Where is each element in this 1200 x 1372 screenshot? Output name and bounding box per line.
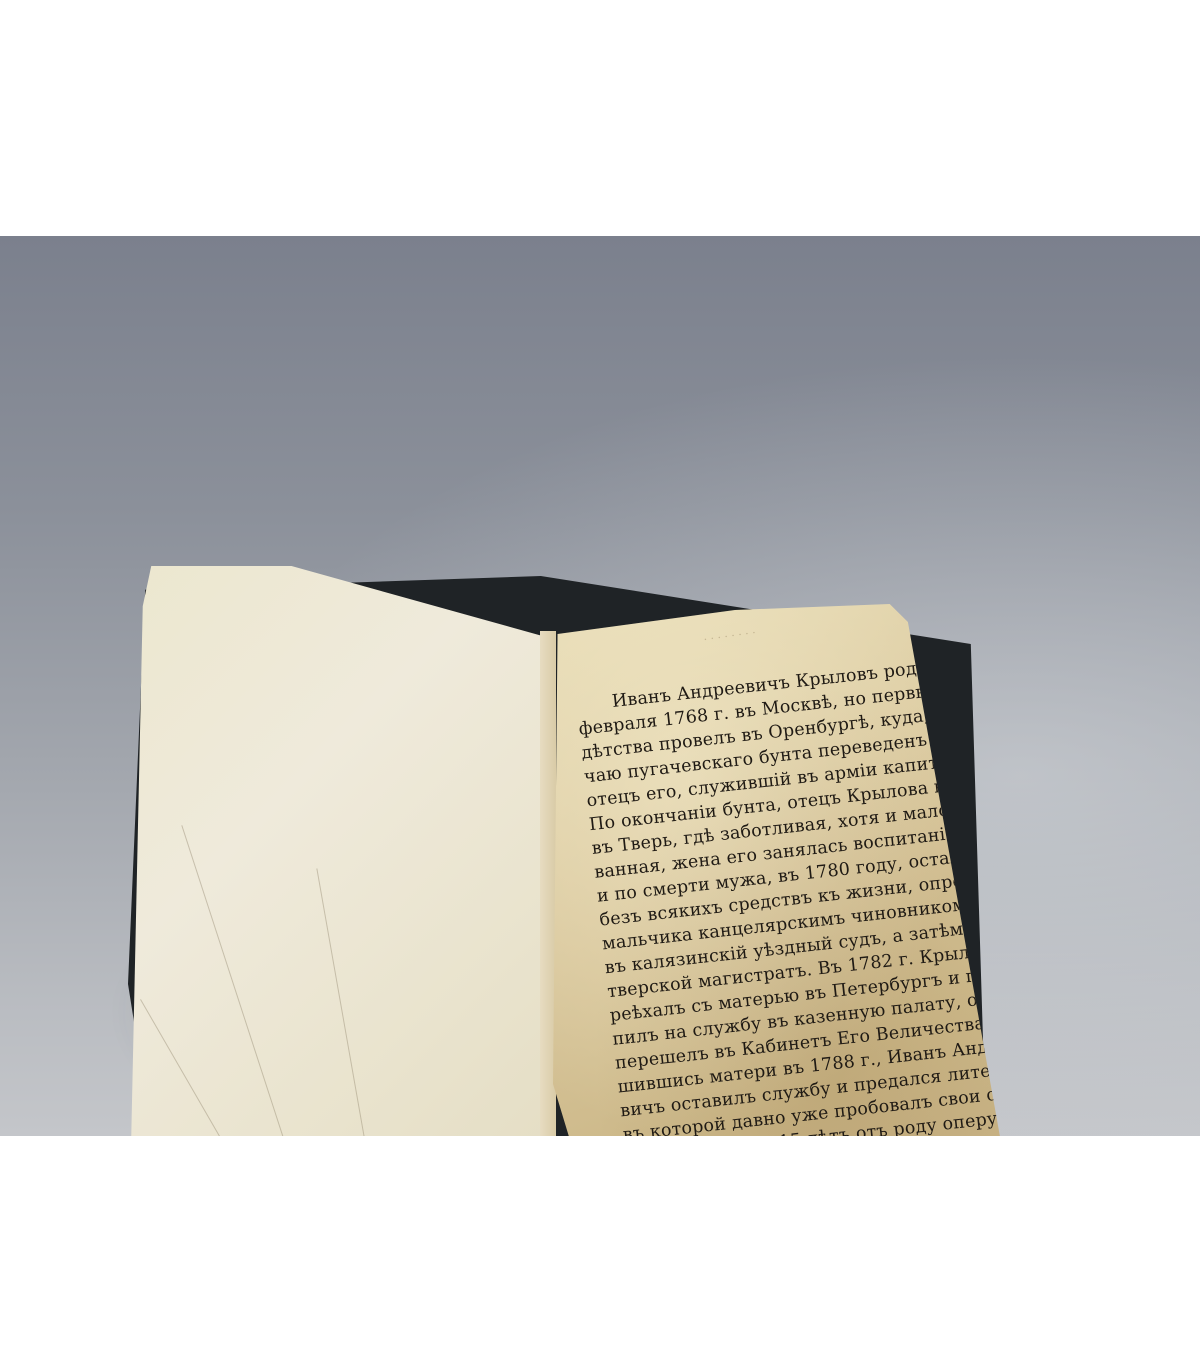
biography-text: Иванъ Андреевичъ Крыловъ родился 2-го фе… (575, 646, 1077, 1136)
page-crease (140, 999, 241, 1136)
show-through-text: · · · · · · · · (703, 612, 854, 648)
page-crease (181, 825, 299, 1136)
left-blank-page (130, 566, 555, 1136)
book-photograph: · · · · · · · · Иванъ Андреевичъ Крыловъ… (0, 236, 1200, 1136)
page-crease (316, 868, 374, 1136)
